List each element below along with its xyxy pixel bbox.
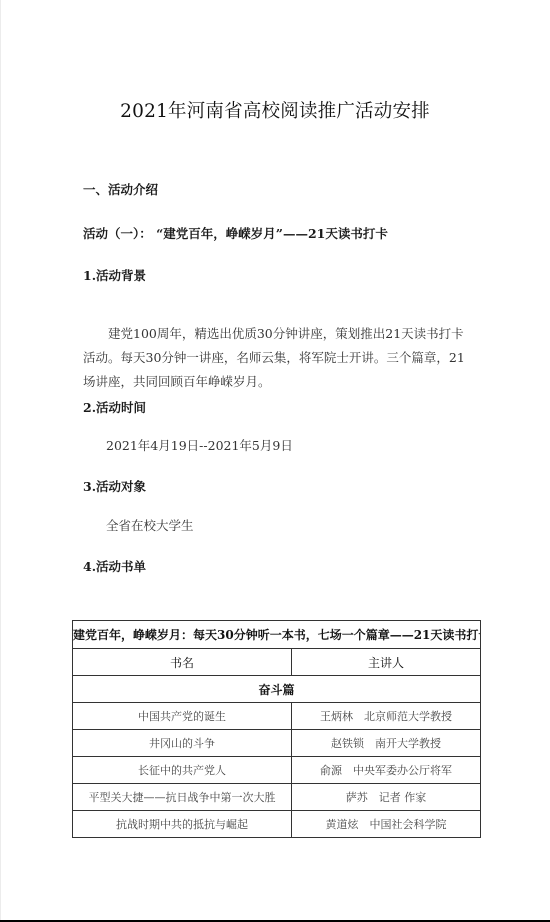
table-caption-row: 建党百年，峥嵘岁月：每天30分钟听一本书，七场一个篇章——21天读书打卡 (73, 621, 481, 649)
table-header-row: 书名 主讲人 (73, 649, 481, 676)
document-title: 2021年河南省高校阅读推广活动安排 (0, 97, 550, 123)
speaker: 萨苏 记者 作家 (292, 784, 481, 811)
section-heading: 一、活动介绍 (83, 180, 158, 198)
item-text-audience: 全省在校大学生 (106, 516, 194, 534)
column-header-speaker: 主讲人 (292, 649, 481, 676)
item-heading-booklist: 4.活动书单 (83, 557, 146, 575)
book-name: 长征中的共产党人 (73, 757, 292, 784)
book-table: 建党百年，峥嵘岁月：每天30分钟听一本书，七场一个篇章——21天读书打卡 书名 … (72, 620, 481, 838)
item-text-background: 建党100周年，精选出优质30分钟讲座，策划推出21天读书打卡活动。每天30分钟… (83, 322, 473, 394)
book-name: 平型关大捷——抗日战争中第一次大胜 (73, 784, 292, 811)
column-header-book: 书名 (73, 649, 292, 676)
item-heading-audience: 3.活动对象 (83, 477, 146, 495)
item-heading-background: 1.活动背景 (83, 266, 146, 284)
book-name: 抗战时期中共的抵抗与崛起 (73, 811, 292, 838)
page-edge (0, 0, 1, 922)
item-heading-time: 2.活动时间 (83, 398, 146, 416)
table-row: 抗战时期中共的抵抗与崛起 黄道炫 中国社会科学院 (73, 811, 481, 838)
section-label: 奋斗篇 (73, 676, 481, 703)
speaker: 俞源 中央军委办公厅将军 (292, 757, 481, 784)
speaker: 黄道炫 中国社会科学院 (292, 811, 481, 838)
item-text-time: 2021年4月19日--2021年5月9日 (106, 436, 293, 454)
book-name: 中国共产党的诞生 (73, 703, 292, 730)
table-row: 长征中的共产党人 俞源 中央军委办公厅将军 (73, 757, 481, 784)
table-row: 中国共产党的诞生 王炳林 北京师范大学教授 (73, 703, 481, 730)
speaker: 赵铁锁 南开大学教授 (292, 730, 481, 757)
speaker: 王炳林 北京师范大学教授 (292, 703, 481, 730)
activity-title: 活动（一）： “建党百年，峥嵘岁月”——21天读书打卡 (83, 224, 388, 242)
table-caption: 建党百年，峥嵘岁月：每天30分钟听一本书，七场一个篇章——21天读书打卡 (73, 621, 481, 649)
book-name: 井冈山的斗争 (73, 730, 292, 757)
table-row: 平型关大捷——抗日战争中第一次大胜 萨苏 记者 作家 (73, 784, 481, 811)
table-section-row: 奋斗篇 (73, 676, 481, 703)
table-row: 井冈山的斗争 赵铁锁 南开大学教授 (73, 730, 481, 757)
